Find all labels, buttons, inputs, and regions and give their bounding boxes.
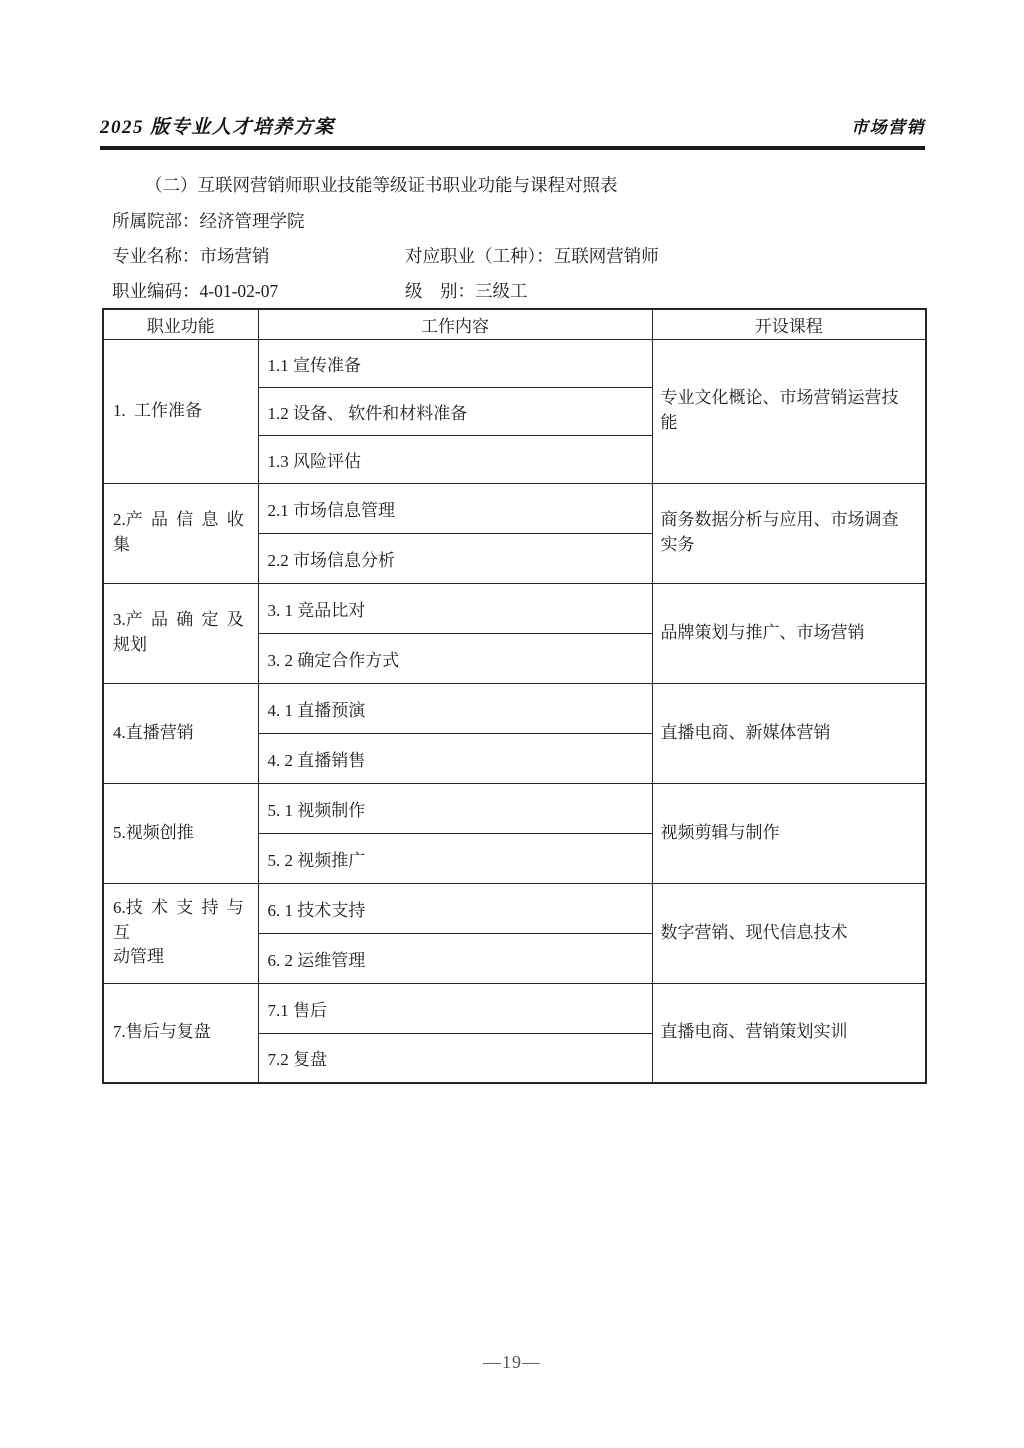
level-value: 三级工 xyxy=(475,281,528,301)
function-course-table: 职业功能 工作内容 开设课程 1. 工作准备 1.1 宣传准备 专业文化概论、市… xyxy=(102,308,927,1084)
task-cell: 7.2 复盘 xyxy=(258,1033,652,1083)
table-row: 7.售后与复盘 7.1 售后 直播电商、营销策划实训 xyxy=(103,983,926,1033)
task-cell: 2.2 市场信息分析 xyxy=(258,533,652,583)
info-code-line: 职业编码：4-01-02-07级 别：三级工 xyxy=(112,278,528,303)
department-label: 所属院部： xyxy=(112,211,200,231)
task-cell: 6. 1 技术支持 xyxy=(258,883,652,933)
courses-cell: 商务数据分析与应用、市场调查 实务 xyxy=(652,483,926,583)
major-segment: 专业名称：市场营销 xyxy=(112,243,405,268)
column-header-work-content: 工作内容 xyxy=(258,309,652,339)
table-header-row: 职业功能 工作内容 开设课程 xyxy=(103,309,926,339)
function-cell: 7.售后与复盘 xyxy=(103,983,258,1083)
table-row: 1. 工作准备 1.1 宣传准备 专业文化概论、市场营销运营技 能 xyxy=(103,339,926,387)
function-cell: 1. 工作准备 xyxy=(103,339,258,483)
table-row: 2.产 品 信 息 收 集 2.1 市场信息管理 商务数据分析与应用、市场调查 … xyxy=(103,483,926,533)
task-cell: 4. 2 直播销售 xyxy=(258,733,652,783)
courses-cell: 直播电商、新媒体营销 xyxy=(652,683,926,783)
task-cell: 6. 2 运维管理 xyxy=(258,933,652,983)
column-header-function: 职业功能 xyxy=(103,309,258,339)
courses-cell: 数字营销、现代信息技术 xyxy=(652,883,926,983)
document-page: 2025 版专业人才培养方案 市场营销 （二）互联网营销师职业技能等级证书职业功… xyxy=(0,0,1024,1448)
code-label: 职业编码： xyxy=(112,281,200,301)
occupation-value: 互联网营销师 xyxy=(554,246,659,266)
table-row: 4.直播营销 4. 1 直播预演 直播电商、新媒体营销 xyxy=(103,683,926,733)
occupation-segment: 对应职业（工种）：互联网营销师 xyxy=(405,246,659,266)
task-cell: 5. 1 视频制作 xyxy=(258,783,652,833)
code-segment: 职业编码：4-01-02-07 xyxy=(112,278,405,303)
courses-cell: 专业文化概论、市场营销运营技 能 xyxy=(652,339,926,483)
level-segment: 级 别：三级工 xyxy=(405,281,528,301)
section-title: （二）互联网营销师职业技能等级证书职业功能与课程对照表 xyxy=(145,172,618,197)
task-cell: 5. 2 视频推广 xyxy=(258,833,652,883)
table-row: 5.视频创推 5. 1 视频制作 视频剪辑与制作 xyxy=(103,783,926,833)
table-row: 6.技 术 支 持 与 互 动管理 6. 1 技术支持 数字营销、现代信息技术 xyxy=(103,883,926,933)
table-row: 3.产 品 确 定 及 规划 3. 1 竞品比对 品牌策划与推广、市场营销 xyxy=(103,583,926,633)
task-cell: 7.1 售后 xyxy=(258,983,652,1033)
department-value: 经济管理学院 xyxy=(200,211,305,231)
header-rule xyxy=(100,146,925,150)
task-cell: 4. 1 直播预演 xyxy=(258,683,652,733)
header-right-title: 市场营销 xyxy=(851,113,925,138)
info-major-line: 专业名称：市场营销对应职业（工种）：互联网营销师 xyxy=(112,243,659,268)
function-cell: 3.产 品 确 定 及 规划 xyxy=(103,583,258,683)
task-cell: 1.1 宣传准备 xyxy=(258,339,652,387)
function-cell: 5.视频创推 xyxy=(103,783,258,883)
task-cell: 3. 1 竞品比对 xyxy=(258,583,652,633)
task-cell: 1.2 设备、 软件和材料准备 xyxy=(258,387,652,435)
major-label: 专业名称： xyxy=(112,246,200,266)
page-number: —19— xyxy=(0,1352,1024,1373)
task-cell: 1.3 风险评估 xyxy=(258,435,652,483)
occupation-label: 对应职业（工种）： xyxy=(405,246,554,266)
info-department-line: 所属院部：经济管理学院 xyxy=(112,208,305,233)
task-cell: 2.1 市场信息管理 xyxy=(258,483,652,533)
function-cell: 4.直播营销 xyxy=(103,683,258,783)
courses-cell: 品牌策划与推广、市场营销 xyxy=(652,583,926,683)
function-cell: 2.产 品 信 息 收 集 xyxy=(103,483,258,583)
code-value: 4-01-02-07 xyxy=(200,281,279,301)
level-label: 级 别： xyxy=(405,281,475,301)
header-left-title: 2025 版专业人才培养方案 xyxy=(100,112,335,139)
page-header: 2025 版专业人才培养方案 市场营销 xyxy=(100,112,925,139)
column-header-courses: 开设课程 xyxy=(652,309,926,339)
major-value: 市场营销 xyxy=(200,246,270,266)
courses-cell: 视频剪辑与制作 xyxy=(652,783,926,883)
function-cell: 6.技 术 支 持 与 互 动管理 xyxy=(103,883,258,983)
task-cell: 3. 2 确定合作方式 xyxy=(258,633,652,683)
courses-cell: 直播电商、营销策划实训 xyxy=(652,983,926,1083)
